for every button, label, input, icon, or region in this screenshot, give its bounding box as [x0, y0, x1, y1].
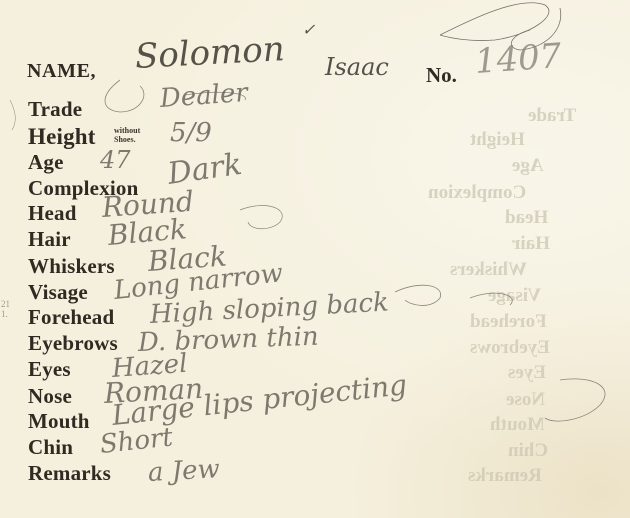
ghost-line: Complexion	[428, 183, 526, 202]
label-hair: Hair	[28, 229, 71, 250]
margin-mark: 21	[1, 300, 10, 309]
entry-given-name: Isaac	[325, 55, 389, 79]
label-trade: Trade	[28, 99, 82, 120]
ghost-line: Forehead	[470, 312, 547, 331]
ghost-line: Chin	[508, 441, 548, 460]
entry-remarks: a Jew	[147, 456, 220, 486]
ghost-line: Mouth	[490, 415, 545, 434]
check-mark-icon: ✓	[302, 22, 315, 38]
label-visage: Visage	[28, 282, 88, 303]
ghost-line: Visage	[488, 286, 541, 305]
label-nose: Nose	[28, 386, 72, 407]
label-eyebrows: Eyebrows	[28, 333, 118, 354]
label-eyes: Eyes	[28, 359, 71, 380]
entry-surname: Solomon	[134, 32, 285, 74]
ghost-line: Height	[470, 130, 525, 149]
label-remarks: Remarks	[28, 463, 111, 484]
ghost-line: Remarks	[468, 466, 542, 485]
ghost-line: Whiskers	[450, 260, 527, 279]
label-whiskers: Whiskers	[28, 256, 115, 277]
ghost-line: Hair	[512, 234, 550, 253]
entry-trade: Dealer	[159, 80, 248, 112]
ghost-line: Nose	[506, 390, 545, 409]
label-mouth: Mouth	[28, 411, 90, 432]
label-forehead: Forehead	[28, 307, 114, 328]
entry-chin: Short	[99, 424, 174, 457]
entry-height: 5/9	[170, 120, 212, 146]
label-age: Age	[28, 152, 64, 173]
height-note: without Shoes.	[114, 126, 140, 144]
ghost-line: Eyes	[508, 363, 546, 382]
height-note-shoes: Shoes.	[114, 135, 140, 144]
entry-complexion: Dark	[166, 150, 244, 190]
name-label: NAME,	[27, 60, 96, 83]
register-page: Trade Height Age Complexion Head Hair Wh…	[0, 0, 630, 518]
entry-number: 1407	[474, 39, 563, 79]
margin-mark: 1.	[1, 310, 8, 319]
ghost-line: Age	[512, 156, 544, 175]
ghost-line: Trade	[528, 106, 576, 125]
label-head: Head	[28, 203, 77, 224]
label-height: Height	[28, 125, 96, 148]
height-note-without: without	[114, 126, 140, 135]
ghost-line: Eyebrows	[470, 338, 550, 357]
ghost-line: Head	[505, 208, 548, 227]
label-chin: Chin	[28, 437, 73, 458]
number-label: No.	[426, 63, 457, 88]
entry-age: 47	[100, 148, 131, 172]
